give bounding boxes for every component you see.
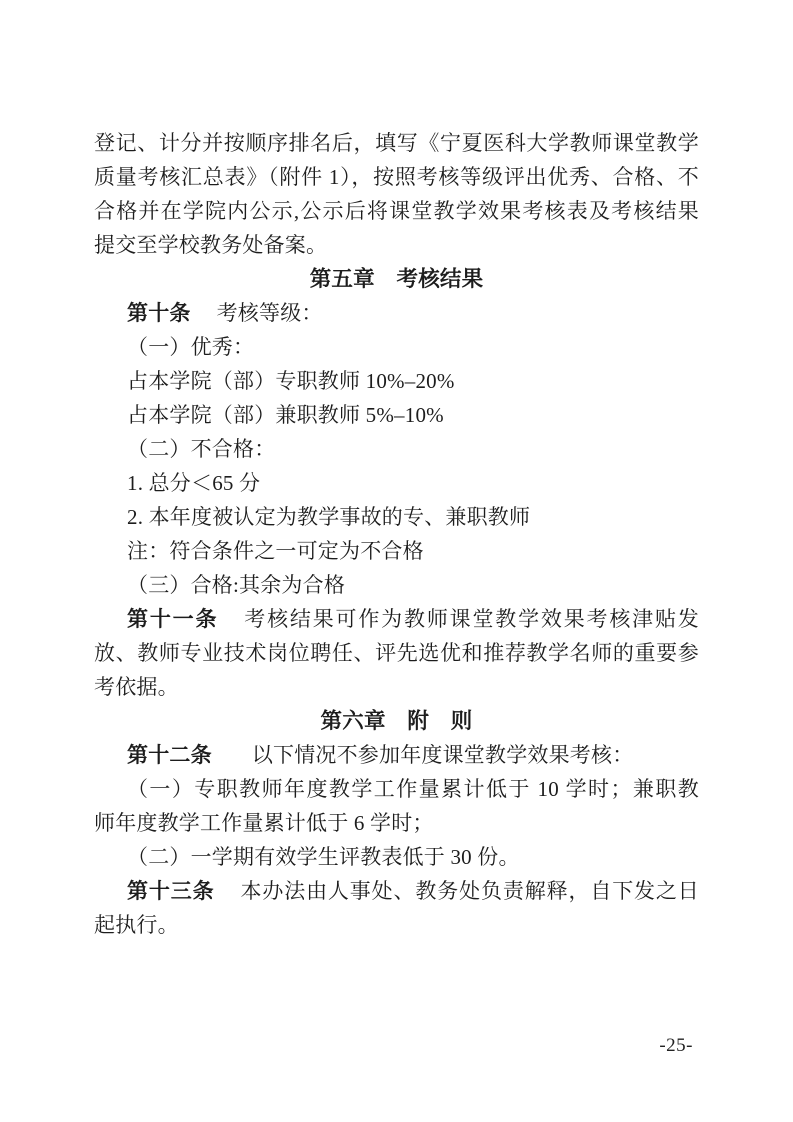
chapter-6-heading: 第六章 附 则 [94,704,699,738]
text-line: 质量考核汇总表》（附件 1），按照考核等级评出优秀、合格、不 [94,160,699,194]
text-line: （一）优秀： [94,330,699,364]
document-body: 登记、计分并按顺序排名后，填写《宁夏医科大学教师课堂教学 质量考核汇总表》（附件… [94,126,699,942]
text-line: 注：符合条件之一可定为不合格 [94,534,699,568]
article-13-text: 本办法由人事处、教务处负责解释，自下发之日 [240,879,699,903]
article-10-text: 考核等级： [217,301,323,325]
article-12-line: 第十二条以下情况不参加年度课堂教学效果考核： [94,738,699,772]
page-number: -25- [659,1034,693,1058]
article-10-label: 第十条 [127,301,191,325]
article-11-label: 第十一条 [127,607,218,631]
document-page: 登记、计分并按顺序排名后，填写《宁夏医科大学教师课堂教学 质量考核汇总表》（附件… [0,0,793,1122]
article-11-line: 第十一条考核结果可作为教师课堂教学效果考核津贴发 [94,602,699,636]
text-line: 占本学院（部）兼职教师 5%–10% [94,398,699,432]
text-line: 放、教师专业技术岗位聘任、评先选优和推荐教学名师的重要参 [94,636,699,670]
article-10-line: 第十条考核等级： [94,296,699,330]
article-11-text: 考核结果可作为教师课堂教学效果考核津贴发 [244,607,699,631]
text-line: 登记、计分并按顺序排名后，填写《宁夏医科大学教师课堂教学 [94,126,699,160]
text-line: 起执行。 [94,908,699,942]
article-12-text: 以下情况不参加年度课堂教学效果考核： [252,743,634,767]
chapter-5-heading: 第五章 考核结果 [94,262,699,296]
text-line: （二）一学期有效学生评教表低于 30 份。 [94,840,699,874]
article-13-line: 第十三条本办法由人事处、教务处负责解释，自下发之日 [94,874,699,908]
text-line: 合格并在学院内公示,公示后将课堂教学效果考核表及考核结果 [94,194,699,228]
article-12-label: 第十二条 [127,743,212,767]
text-line: 考依据。 [94,670,699,704]
text-line: 提交至学校教务处备案。 [94,228,699,262]
text-line: 1. 总分＜65 分 [94,466,699,500]
article-13-label: 第十三条 [127,879,214,903]
text-line: （一）专职教师年度教学工作量累计低于 10 学时；兼职教 [94,772,699,806]
text-line: 师年度教学工作量累计低于 6 学时； [94,806,699,840]
text-line: 占本学院（部）专职教师 10%–20% [94,364,699,398]
text-line: 2. 本年度被认定为教学事故的专、兼职教师 [94,500,699,534]
text-line: （三）合格:其余为合格 [94,568,699,602]
text-line: （二）不合格： [94,432,699,466]
